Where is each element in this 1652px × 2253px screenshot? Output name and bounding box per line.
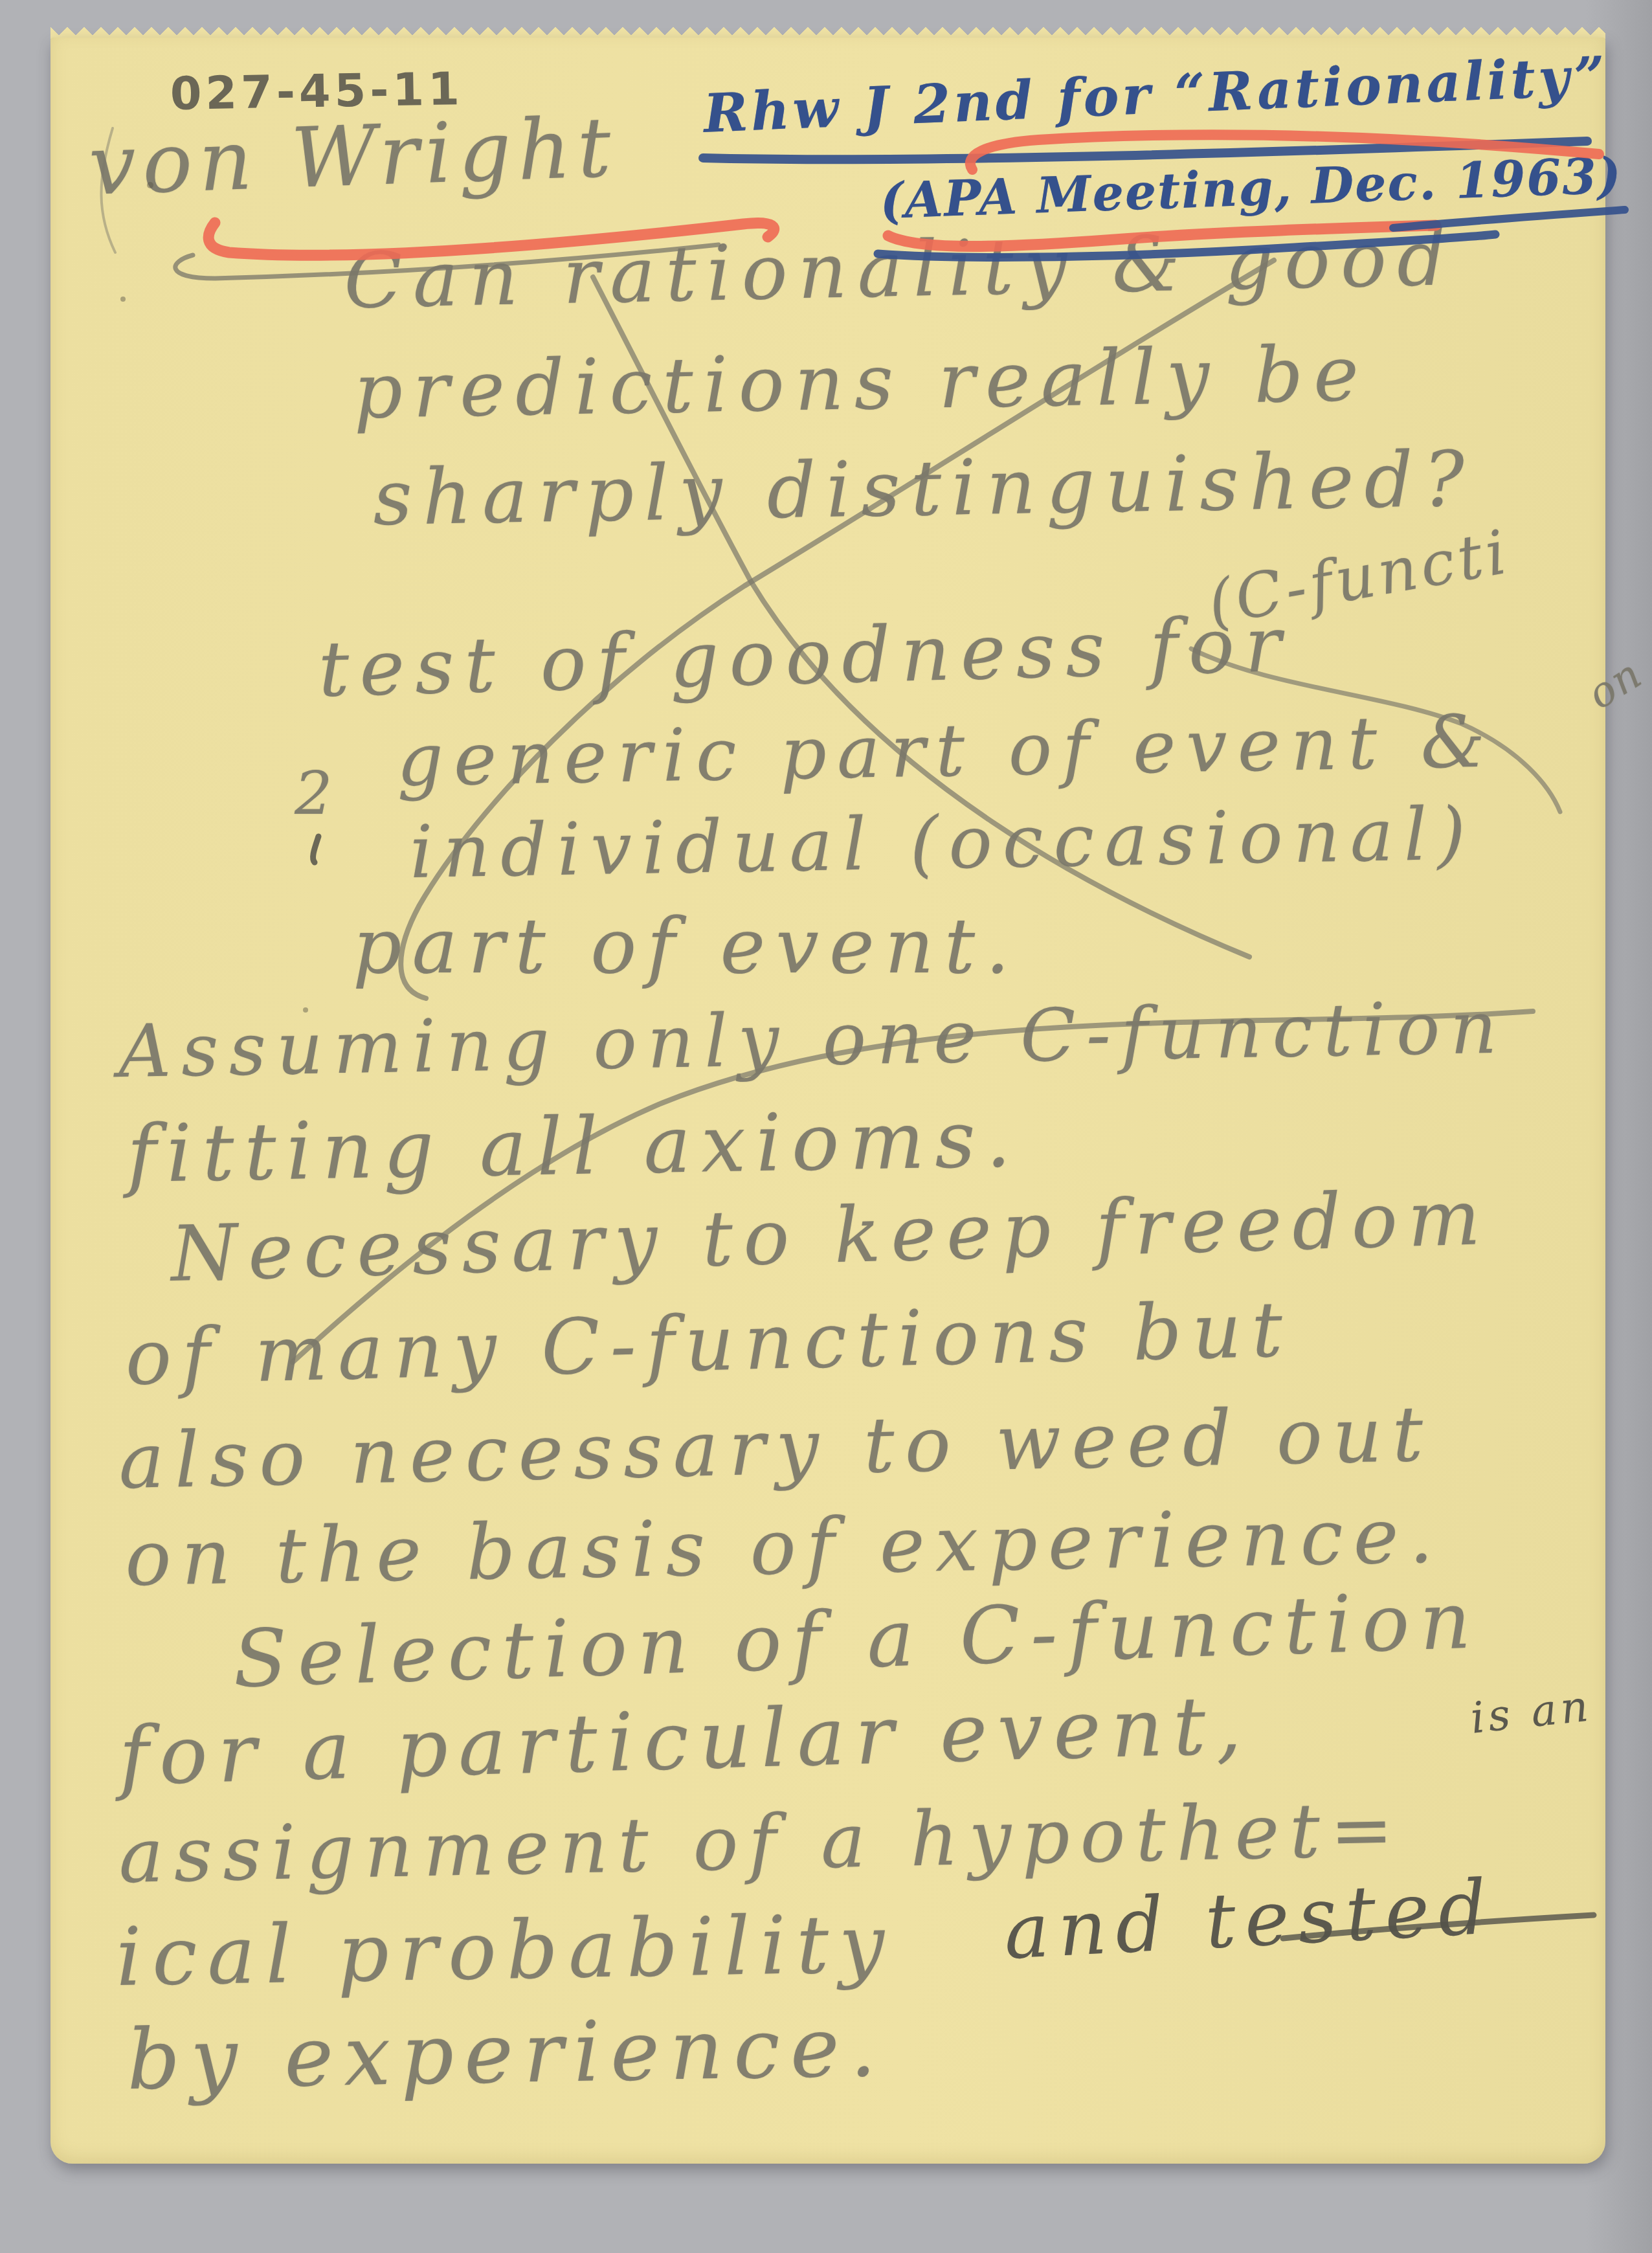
scanned-note-background: 027-45-11 von Wright Rhw J 2nd for “Rati… (0, 0, 1652, 2253)
author-name: von Wright (87, 100, 619, 214)
handwritten-line-2: predictions really be (353, 329, 1370, 436)
handwritten-line-17: ical probability (115, 1898, 895, 2004)
perforated-edge (50, 22, 1605, 39)
handwritten-line-9: fitting all axioms. (126, 1093, 1022, 1200)
handwritten-line-7: part of event. (353, 901, 1020, 991)
margin-section-number: 2 (295, 759, 333, 828)
handwritten-line-18: by experience. (126, 1999, 887, 2109)
